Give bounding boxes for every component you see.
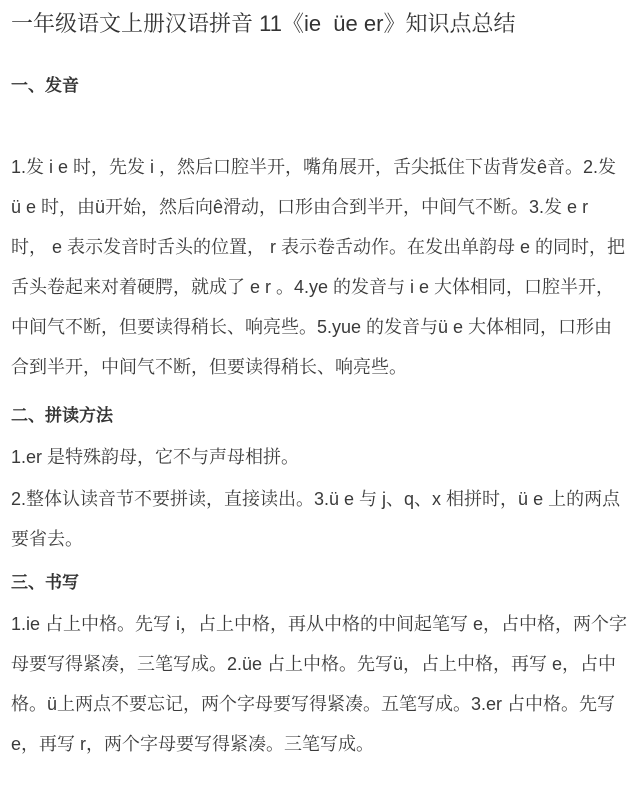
document-page: 一年级语文上册汉语拼音 11《ie üe er》知识点总结 一、发音 1.发 i… <box>0 0 640 782</box>
paragraph-spelling-2: 2.整体认读音节不要拼读，直接读出。3.ü e 与 j、q、x 相拼时，ü e … <box>11 479 629 559</box>
paragraph-writing: 1.ie 占上中格。先写 i，占上中格，再从中格的中间起笔写 e，占中格，两个字… <box>11 604 629 764</box>
section-heading-writing: 三、书写 <box>11 571 629 595</box>
section-heading-pronunciation: 一、发音 <box>11 74 629 98</box>
section-heading-spelling-method: 二、拼读方法 <box>11 404 629 428</box>
paragraph-pronunciation: 1.发 i e 时，先发 i ，然后口腔半开，嘴角展开，舌尖抵住下齿背发ê音。2… <box>11 147 629 387</box>
paragraph-spelling-1: 1.er 是特殊韵母，它不与声母相拼。 <box>11 437 629 477</box>
page-title: 一年级语文上册汉语拼音 11《ie üe er》知识点总结 <box>11 8 629 39</box>
